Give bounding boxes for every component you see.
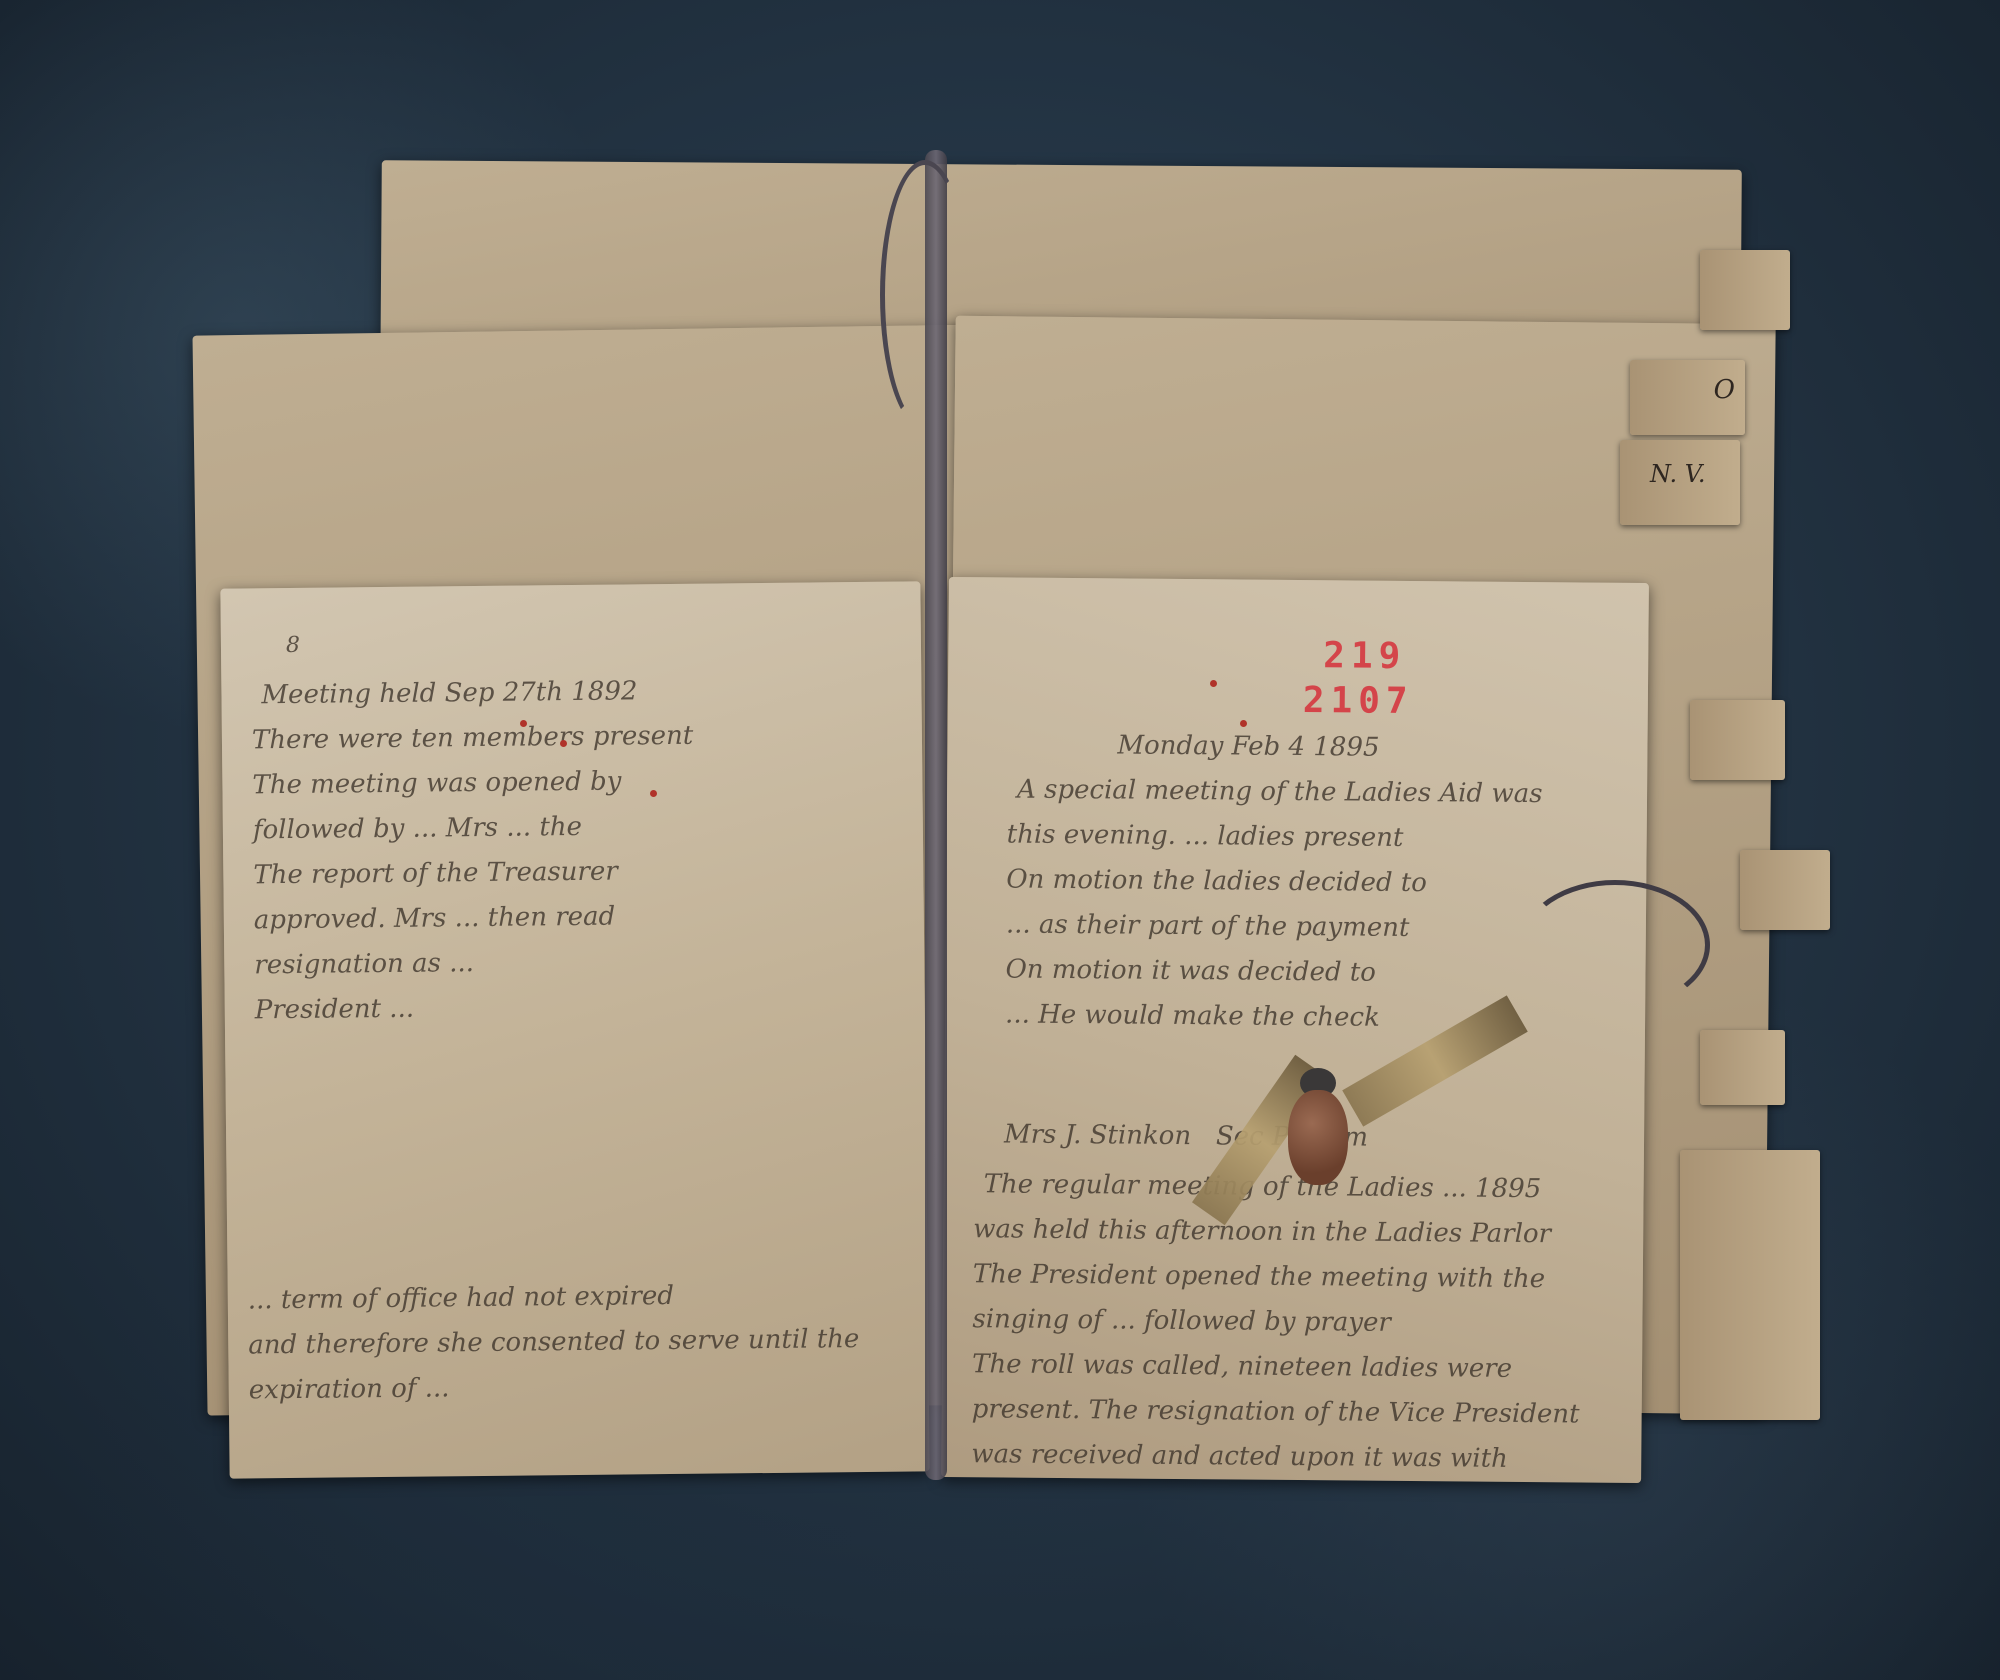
handwriting-line: President ...: [255, 987, 415, 1034]
handwriting-line: and therefore she consented to serve unt…: [248, 1317, 860, 1368]
ink-spot: [560, 740, 567, 747]
handwriting-line: There were ten members present: [252, 714, 694, 764]
ink-spot: [1210, 680, 1217, 687]
handwriting-line: The roll was called, nineteen ladies wer…: [972, 1342, 1512, 1392]
beetle-specimen: [1260, 1050, 1370, 1200]
index-tab: O: [1630, 360, 1745, 435]
tab-label: O: [1714, 375, 1735, 405]
handwriting-line: The report of the Treasurer: [253, 850, 618, 899]
page-number: 8: [286, 623, 300, 668]
handwriting-line: On motion it was decided to: [1005, 947, 1376, 995]
ink-spot: [650, 790, 657, 797]
ink-spot: [1240, 720, 1247, 727]
handwriting-line: followed by ... Mrs ... the: [253, 805, 583, 853]
red-stamp-number: 2107: [1303, 680, 1414, 722]
twine-loop: [880, 160, 970, 430]
red-stamp-number: 219: [1323, 635, 1406, 677]
handwriting-line: expiration of ...: [249, 1366, 450, 1413]
index-tab: [1680, 1150, 1820, 1420]
index-tab: [1690, 700, 1785, 780]
handwriting-line: was received and acted upon it was with: [971, 1432, 1508, 1482]
handwriting-line: On motion the ladies decided to: [1006, 857, 1427, 906]
index-tab: [1700, 1030, 1785, 1105]
index-tab: [1700, 250, 1790, 330]
right-page: 219 2107 Monday Feb 4 1895 A special mee…: [941, 577, 1649, 1483]
handwriting-line: The meeting was opened by: [252, 760, 621, 809]
beetle-body: [1288, 1090, 1348, 1185]
index-tab: [1740, 850, 1830, 930]
twine-loop: [1520, 880, 1710, 1010]
handwriting-line: The President opened the meeting with th…: [973, 1252, 1546, 1302]
handwriting-line: ... term of office had not expired: [248, 1274, 675, 1323]
handwriting-line: ... He would make the check: [1005, 992, 1380, 1040]
ink-spot: [520, 720, 527, 727]
handwriting-line: this evening. ... ladies present: [1006, 812, 1403, 860]
tab-label: N. V.: [1650, 460, 1706, 488]
handwriting-line: approved. Mrs ... then read: [254, 895, 616, 944]
handwriting-line: Meeting held Sep 27th 1892: [261, 669, 637, 718]
handwriting-line: Monday Feb 4 1895: [1117, 723, 1379, 770]
index-tab: N. V.: [1620, 440, 1740, 525]
left-page: 8 Meeting held Sep 27th 1892 There were …: [220, 581, 929, 1478]
handwriting-line: was held this afternoon in the Ladies Pa…: [973, 1207, 1551, 1257]
handwriting-line: ... as their part of the payment: [1006, 902, 1410, 951]
handwriting-line: present. The resignation of the Vice Pre…: [971, 1387, 1579, 1437]
handwriting-line: A special meeting of the Ladies Aid was: [1017, 768, 1543, 818]
handwriting-line: resignation as ...: [254, 941, 474, 988]
handwriting-line: singing of ... followed by prayer: [972, 1297, 1391, 1346]
